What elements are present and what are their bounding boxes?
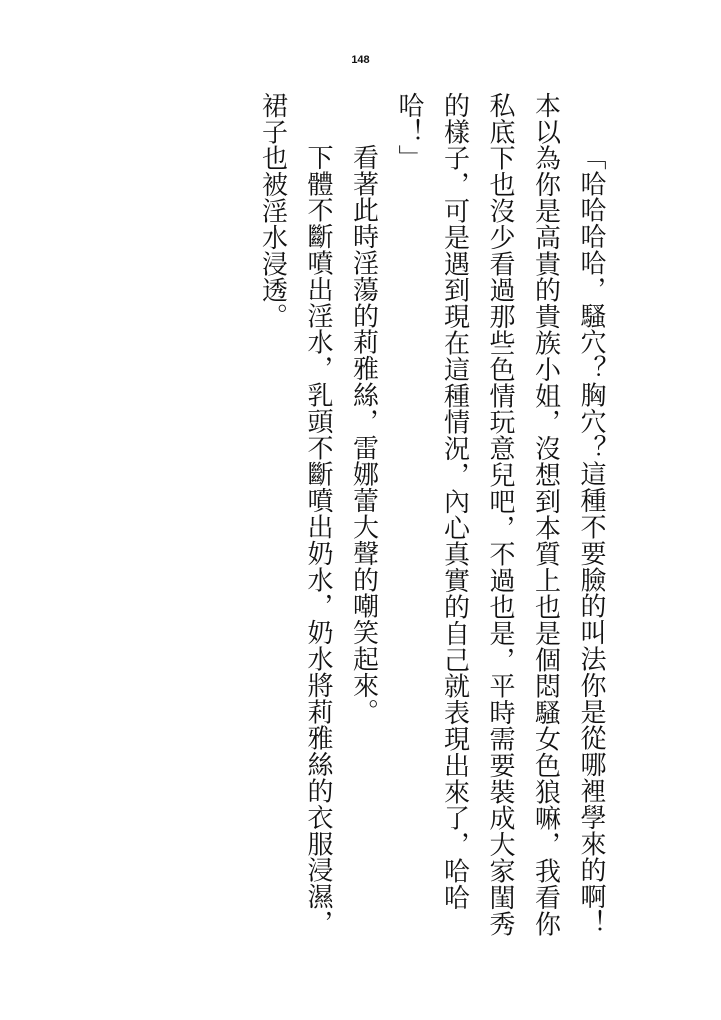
paragraph-dialogue: 「哈哈哈哈，騷穴？胸穴？這種不要臉的叫法你是從哪裡學來的啊！本以為你是高貴的貴族… — [386, 92, 614, 942]
paragraph-narration-1: 看著此時淫蕩的莉雅絲，雷娜蕾大聲的嘲笑起來。 — [340, 92, 386, 942]
paragraph-narration-2: 下體不斷噴出淫水，乳頭不斷噴出奶水，奶水將莉雅絲的衣服浸濕，裙子也被淫水浸透。 — [249, 92, 340, 942]
page-number: 148 — [0, 54, 721, 66]
vertical-text-body: 「哈哈哈哈，騷穴？胸穴？這種不要臉的叫法你是從哪裡學來的啊！本以為你是高貴的貴族… — [249, 92, 613, 942]
